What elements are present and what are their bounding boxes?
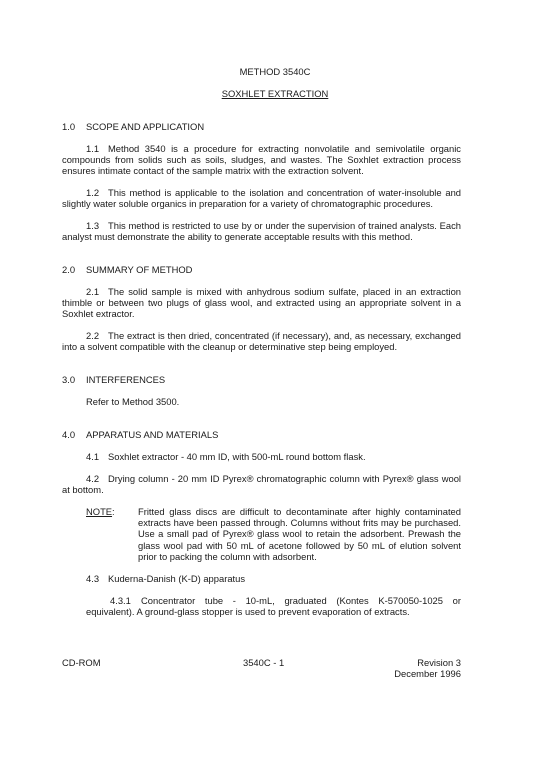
footer-left: CD-ROM	[62, 657, 101, 668]
paragraph-4-3: 4.3Kuderna-Danish (K-D) apparatus	[62, 573, 461, 584]
paragraph-number: 4.3	[86, 573, 108, 584]
section-title: SCOPE AND APPLICATION	[86, 121, 204, 132]
paragraph-text: Kuderna-Danish (K-D) apparatus	[108, 573, 245, 584]
paragraph-4-1: 4.1Soxhlet extractor - 40 mm ID, with 50…	[62, 451, 461, 462]
paragraph-2-2: 2.2The extract is then dried, concentrat…	[62, 330, 461, 352]
paragraph-number: 1.1	[86, 143, 108, 154]
paragraph-number: 4.3.1	[110, 595, 141, 606]
paragraph-1-3: 1.3This method is restricted to use by o…	[62, 220, 461, 242]
paragraph-1-1: 1.1Method 3540 is a procedure for extrac…	[62, 143, 461, 177]
paragraph-4-2: 4.2Drying column - 20 mm ID Pyrex® chrom…	[62, 473, 461, 495]
note-text: Fritted glass discs are difficult to dec…	[138, 506, 461, 562]
section-title: INTERFERENCES	[86, 374, 165, 385]
paragraph-1-2: 1.2This method is applicable to the isol…	[62, 187, 461, 209]
paragraph-text: Concentrator tube - 10-mL, graduated (Ko…	[86, 595, 461, 617]
section-number: 4.0	[62, 429, 86, 440]
section-number: 3.0	[62, 374, 86, 385]
paragraph-text: The solid sample is mixed with anhydrous…	[62, 286, 461, 319]
footer-revision: Revision 3 December 1996	[394, 657, 461, 679]
paragraph-text: Method 3540 is a procedure for extractin…	[62, 143, 461, 176]
section-heading-3: 3.0INTERFERENCES	[62, 374, 165, 385]
paragraph-number: 2.2	[86, 330, 108, 341]
paragraph-number: 2.1	[86, 286, 108, 297]
section-heading-1: 1.0SCOPE AND APPLICATION	[62, 121, 204, 132]
document-page: METHOD 3540C SOXHLET EXTRACTION 1.0SCOPE…	[0, 0, 550, 777]
subtitle-text: SOXHLET EXTRACTION	[222, 88, 329, 99]
section-heading-4: 4.0APPARATUS AND MATERIALS	[62, 429, 218, 440]
paragraph-3: Refer to Method 3500.	[62, 396, 461, 407]
paragraph-text: Soxhlet extractor - 40 mm ID, with 500-m…	[108, 451, 366, 462]
paragraph-text: Drying column - 20 mm ID Pyrex® chromato…	[62, 473, 461, 495]
paragraph-text: This method is applicable to the isolati…	[62, 187, 461, 209]
document-subtitle: SOXHLET EXTRACTION	[0, 88, 550, 99]
section-number: 1.0	[62, 121, 86, 132]
method-title: METHOD 3540C	[0, 66, 550, 77]
paragraph-number: 4.1	[86, 451, 108, 462]
note-label: NOTE:	[86, 506, 115, 517]
paragraph-number: 4.2	[86, 473, 108, 484]
paragraph-number: 1.3	[86, 220, 108, 231]
footer-page-number: 3540C - 1	[243, 657, 284, 668]
section-number: 2.0	[62, 264, 86, 275]
paragraph-text: The extract is then dried, concentrated …	[62, 330, 461, 352]
revision-number: Revision 3	[394, 657, 461, 668]
revision-date: December 1996	[394, 668, 461, 679]
section-title: APPARATUS AND MATERIALS	[86, 429, 218, 440]
paragraph-4-3-1: 4.3.1Concentrator tube - 10-mL, graduate…	[86, 595, 461, 617]
paragraph-text: Refer to Method 3500.	[86, 396, 179, 407]
paragraph-2-1: 2.1The solid sample is mixed with anhydr…	[62, 286, 461, 320]
section-title: SUMMARY OF METHOD	[86, 264, 192, 275]
paragraph-text: This method is restricted to use by or u…	[62, 220, 461, 242]
paragraph-number: 1.2	[86, 187, 108, 198]
section-heading-2: 2.0SUMMARY OF METHOD	[62, 264, 192, 275]
